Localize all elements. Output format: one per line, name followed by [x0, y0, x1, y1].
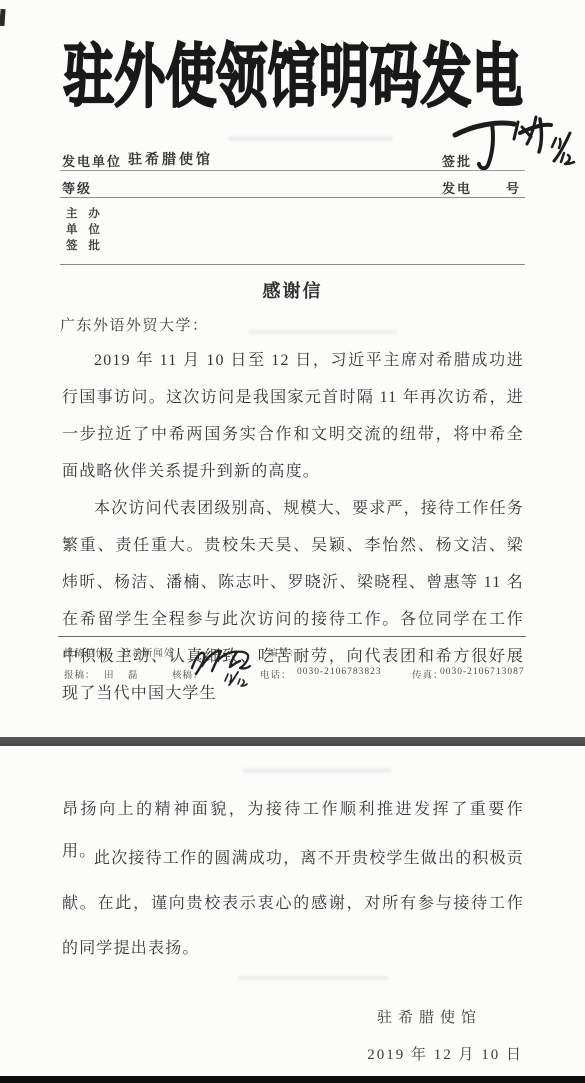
host-unit-line: 签 批: [66, 238, 104, 254]
form-divider-line: [60, 197, 525, 198]
letter-paragraph: 此次接待工作的圆满成功，离不开贵校学生做出的积极贡献。在此，谨向贵校表示衷心的感…: [62, 836, 524, 971]
scan-edge-mark: [0, 9, 6, 26]
phone-value: 0030-2106783823: [297, 667, 382, 677]
reviewer-handwritten-signature: [188, 644, 260, 688]
signature-organization: 驻希腊使馆: [377, 1006, 482, 1027]
scan-smudge: [248, 330, 398, 334]
form-divider-line: [60, 170, 525, 171]
scan-smudge: [228, 136, 393, 141]
fax-value: 0030-2106713087: [440, 667, 525, 677]
dispatch-label: 发电: [442, 178, 472, 197]
scan-smudge: [238, 976, 388, 980]
fax-label: 传真：: [412, 667, 444, 681]
letter-salutation: 广东外语外贸大学：: [60, 314, 209, 335]
letter-paragraph: 2019 年 11 月 10 日至 12 日，习近平主席对希腊成功进行国事访问。…: [62, 342, 524, 490]
number-label: 号: [506, 178, 521, 197]
phone-label: 电话：: [260, 667, 292, 681]
drafter-name: 田 磊: [104, 667, 143, 681]
page-break-bar: [0, 737, 585, 746]
report-unit-label: 报稿单位：: [64, 645, 117, 659]
drafter-label: 报稿：: [64, 667, 96, 681]
doc-number-label: 编号：: [268, 645, 300, 659]
form-divider-line: [60, 264, 525, 265]
sender-unit-label: 发电单位: [62, 151, 122, 170]
scan-bottom-edge-bar: [0, 1076, 585, 1083]
host-unit-approval-block: 主 办 单 位 签 批: [66, 206, 104, 254]
host-unit-line: 主 办: [66, 206, 104, 222]
masthead-title: 驻外使领馆明码发电: [63, 34, 523, 120]
sender-unit-value: 驻希腊使馆: [128, 149, 213, 169]
footer-divider-line: [58, 636, 526, 637]
scan-smudge: [242, 768, 392, 773]
host-unit-line: 单 位: [66, 222, 104, 238]
scanned-telegram-document: 驻外使领馆明码发电 发电单位 驻希腊使馆 签批 等级 发电 号 主 办 单 位 …: [0, 0, 585, 1083]
signature-date: 2019 年 12 月 10 日: [367, 1043, 523, 1064]
grade-label: 等级: [62, 178, 92, 197]
letter-title: 感谢信: [0, 277, 585, 303]
report-unit-value: 政治新闻处: [122, 645, 175, 659]
